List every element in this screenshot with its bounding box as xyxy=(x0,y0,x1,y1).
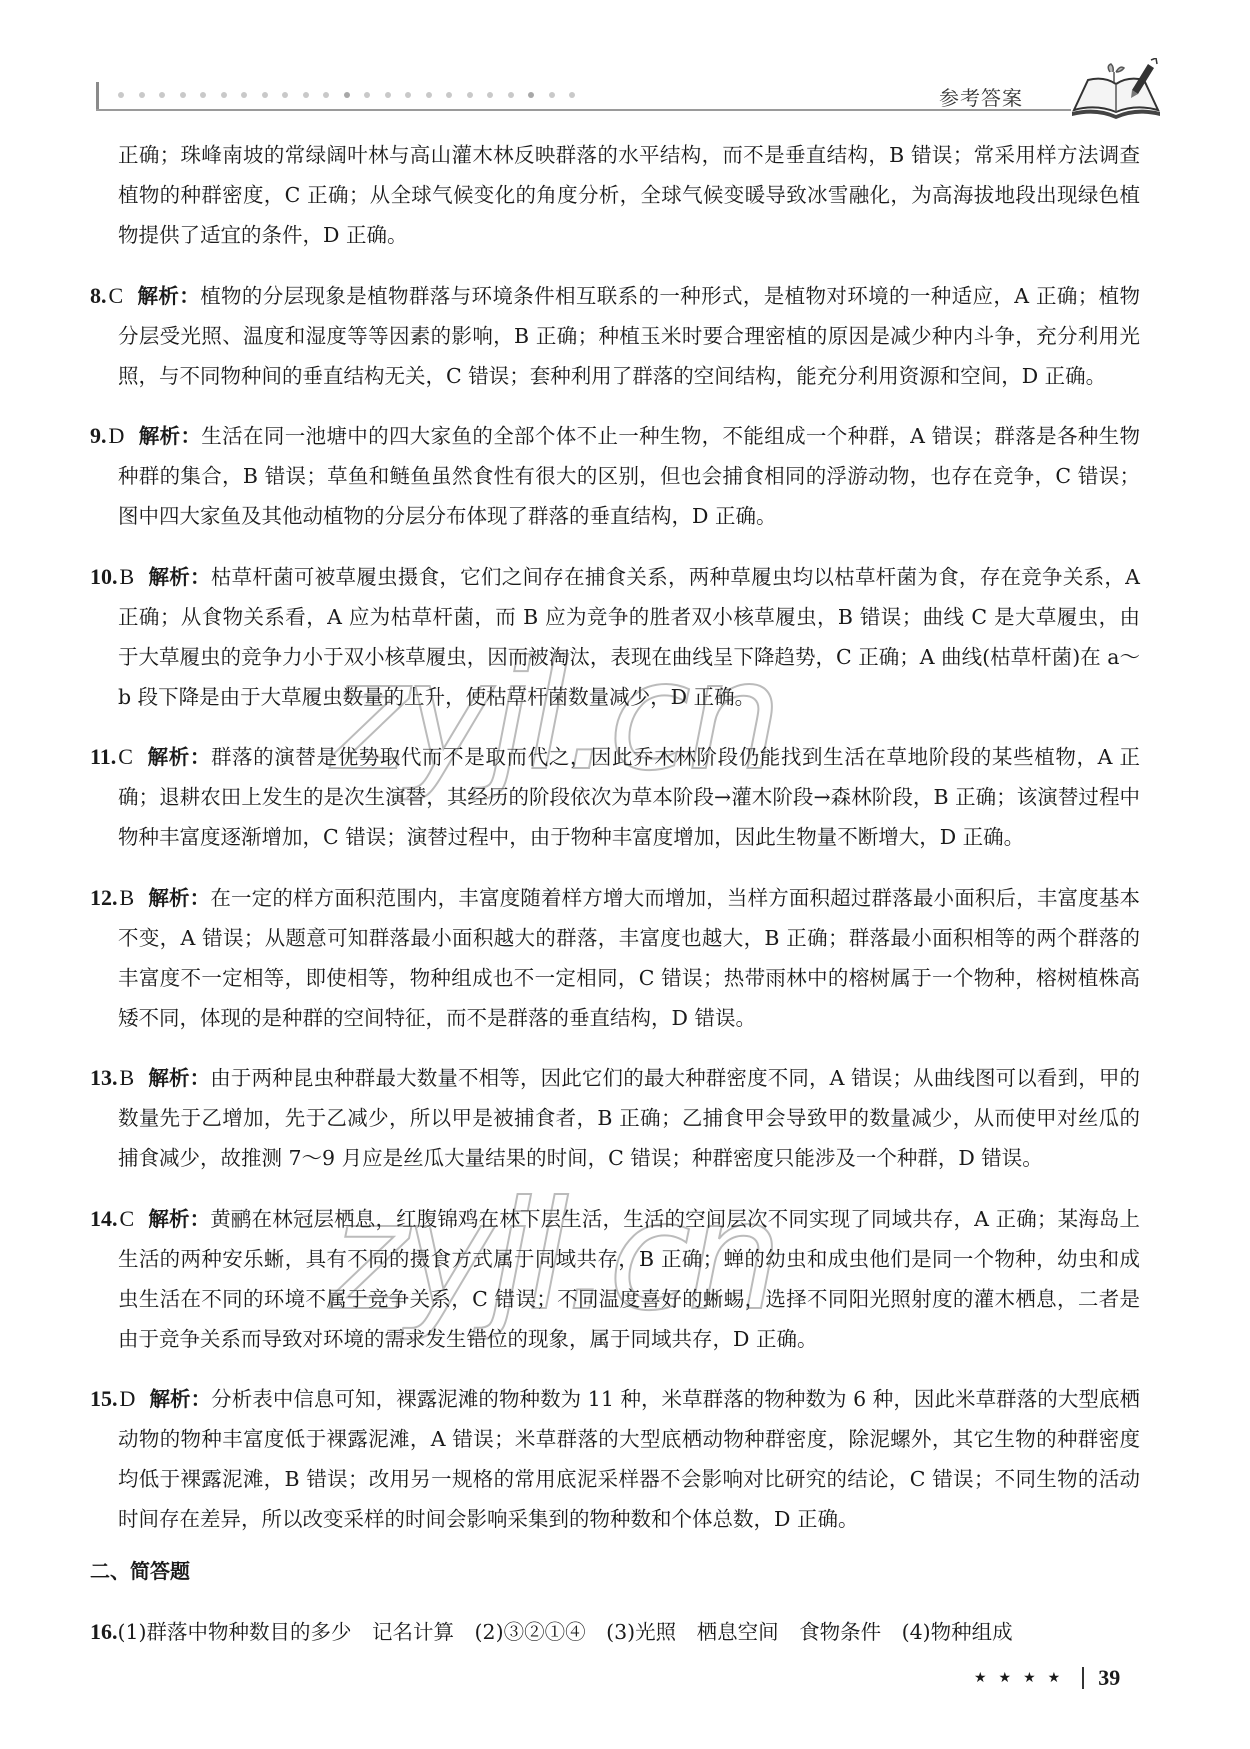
header-rule-left xyxy=(96,82,99,110)
paragraph-text: 正确；珠峰南坡的常绿阔叶林与高山灌木林反映群落的水平结构，而不是垂直结构，B 错… xyxy=(118,143,1140,247)
question-number: 13. xyxy=(90,1065,118,1090)
open-book-pencil-icon xyxy=(1066,58,1166,120)
analysis-text: 枯草杆菌可被草履虫摄食，它们之间存在捕食关系，两种草履虫均以枯草杆菌为食，存在竞… xyxy=(118,565,1140,709)
analysis-text: 群落的演替是优势取代而不是取而代之，因此乔木林阶段仍能找到生活在草地阶段的某些植… xyxy=(118,745,1140,849)
analysis-text: 植物的分层现象是植物群落与环境条件相互联系的一种形式，是植物对环境的一种适应，A… xyxy=(118,284,1140,388)
analysis-text: 在一定的样方面积范围内，丰富度随着样方增大而增加，当样方面积超过群落最小面积后，… xyxy=(118,886,1140,1030)
answer-item-13: 13.B解析：由于两种昆虫种群最大数量不相等，因此它们的最大种群密度不同，A 错… xyxy=(90,1058,1140,1178)
header-rule-bottom xyxy=(96,109,1071,111)
question-number: 10. xyxy=(90,564,118,589)
paragraph-continuation: 正确；珠峰南坡的常绿阔叶林与高山灌木林反映群落的水平结构，而不是垂直结构，B 错… xyxy=(90,135,1140,255)
analysis-label: 解析： xyxy=(149,1387,211,1411)
header-title: 参考答案 xyxy=(939,82,1023,111)
answer-item-15: 15.D解析：分析表中信息可知，裸露泥滩的物种数为 11 种，米草群落的物种数为… xyxy=(90,1379,1140,1539)
answer-item-9: 9.D解析：生活在同一池塘中的四大家鱼的全部个体不止一种生物，不能组成一个种群，… xyxy=(90,416,1140,536)
answer-letter: D xyxy=(120,1386,136,1411)
answer-item-14: 14.C解析：黄鹂在林冠层栖息，红腹锦鸡在林下层生活，生活的空间层次不同实现了同… xyxy=(90,1199,1140,1359)
page-footer: ★★★★ 39 xyxy=(974,1665,1120,1691)
analysis-text: 分析表中信息可知，裸露泥滩的物种数为 11 种，米草群落的物种数为 6 种，因此… xyxy=(118,1387,1140,1531)
analysis-label: 解析： xyxy=(137,284,200,308)
analysis-text: 黄鹂在林冠层栖息，红腹锦鸡在林下层生活，生活的空间层次不同实现了同域共存，A 正… xyxy=(118,1207,1140,1351)
answer-item-12: 12.B解析：在一定的样方面积范围内，丰富度随着样方增大而增加，当样方面积超过群… xyxy=(90,878,1140,1038)
analysis-label: 解析： xyxy=(148,886,210,910)
page-header: 参考答案 xyxy=(96,82,1096,110)
question-number: 14. xyxy=(90,1206,118,1231)
answer-letter: C xyxy=(118,744,133,769)
question-number: 15. xyxy=(90,1386,118,1411)
answer-item-10: 10.B解析：枯草杆菌可被草履虫摄食，它们之间存在捕食关系，两种草履虫均以枯草杆… xyxy=(90,557,1140,717)
answer-item-11: 11.C解析：群落的演替是优势取代而不是取而代之，因此乔木林阶段仍能找到生活在草… xyxy=(90,737,1140,857)
answer-letter: B xyxy=(120,564,135,589)
section-heading: 二、简答题 xyxy=(90,1551,1140,1591)
analysis-label: 解析： xyxy=(138,424,201,448)
analysis-label: 解析： xyxy=(148,565,211,589)
question-number: 11. xyxy=(90,744,116,769)
header-dots xyxy=(118,92,575,98)
difficulty-stars: ★★★★ xyxy=(974,1670,1072,1686)
analysis-label: 解析： xyxy=(148,1207,210,1231)
question-number: 16. xyxy=(90,1619,118,1644)
page-number: 39 xyxy=(1098,1665,1120,1691)
answer-letter: C xyxy=(109,283,124,308)
analysis-text: 由于两种昆虫种群最大数量不相等，因此它们的最大种群密度不同，A 错误；从曲线图可… xyxy=(118,1066,1140,1170)
answer-letter: C xyxy=(120,1206,135,1231)
analysis-text: 生活在同一池塘中的四大家鱼的全部个体不止一种生物，不能组成一个种群，A 错误；群… xyxy=(118,424,1140,528)
short-answer-text: (1)群落中物种数目的多少 记名计算 (2)③②①④ (3)光照 栖息空间 食物… xyxy=(118,1620,1013,1644)
analysis-label: 解析： xyxy=(147,745,211,769)
answer-content: 正确；珠峰南坡的常绿阔叶林与高山灌木林反映群落的水平结构，而不是垂直结构，B 错… xyxy=(90,135,1140,1664)
answer-letter: D xyxy=(109,423,125,448)
question-number: 9. xyxy=(90,423,107,448)
answer-item-16: 16.(1)群落中物种数目的多少 记名计算 (2)③②①④ (3)光照 栖息空间… xyxy=(90,1612,1140,1652)
footer-divider xyxy=(1082,1667,1084,1689)
answer-letter: B xyxy=(120,1065,135,1090)
answer-item-8: 8.C解析：植物的分层现象是植物群落与环境条件相互联系的一种形式，是植物对环境的… xyxy=(90,276,1140,396)
analysis-label: 解析： xyxy=(148,1066,210,1090)
question-number: 8. xyxy=(90,283,107,308)
question-number: 12. xyxy=(90,885,118,910)
answer-letter: B xyxy=(120,885,135,910)
